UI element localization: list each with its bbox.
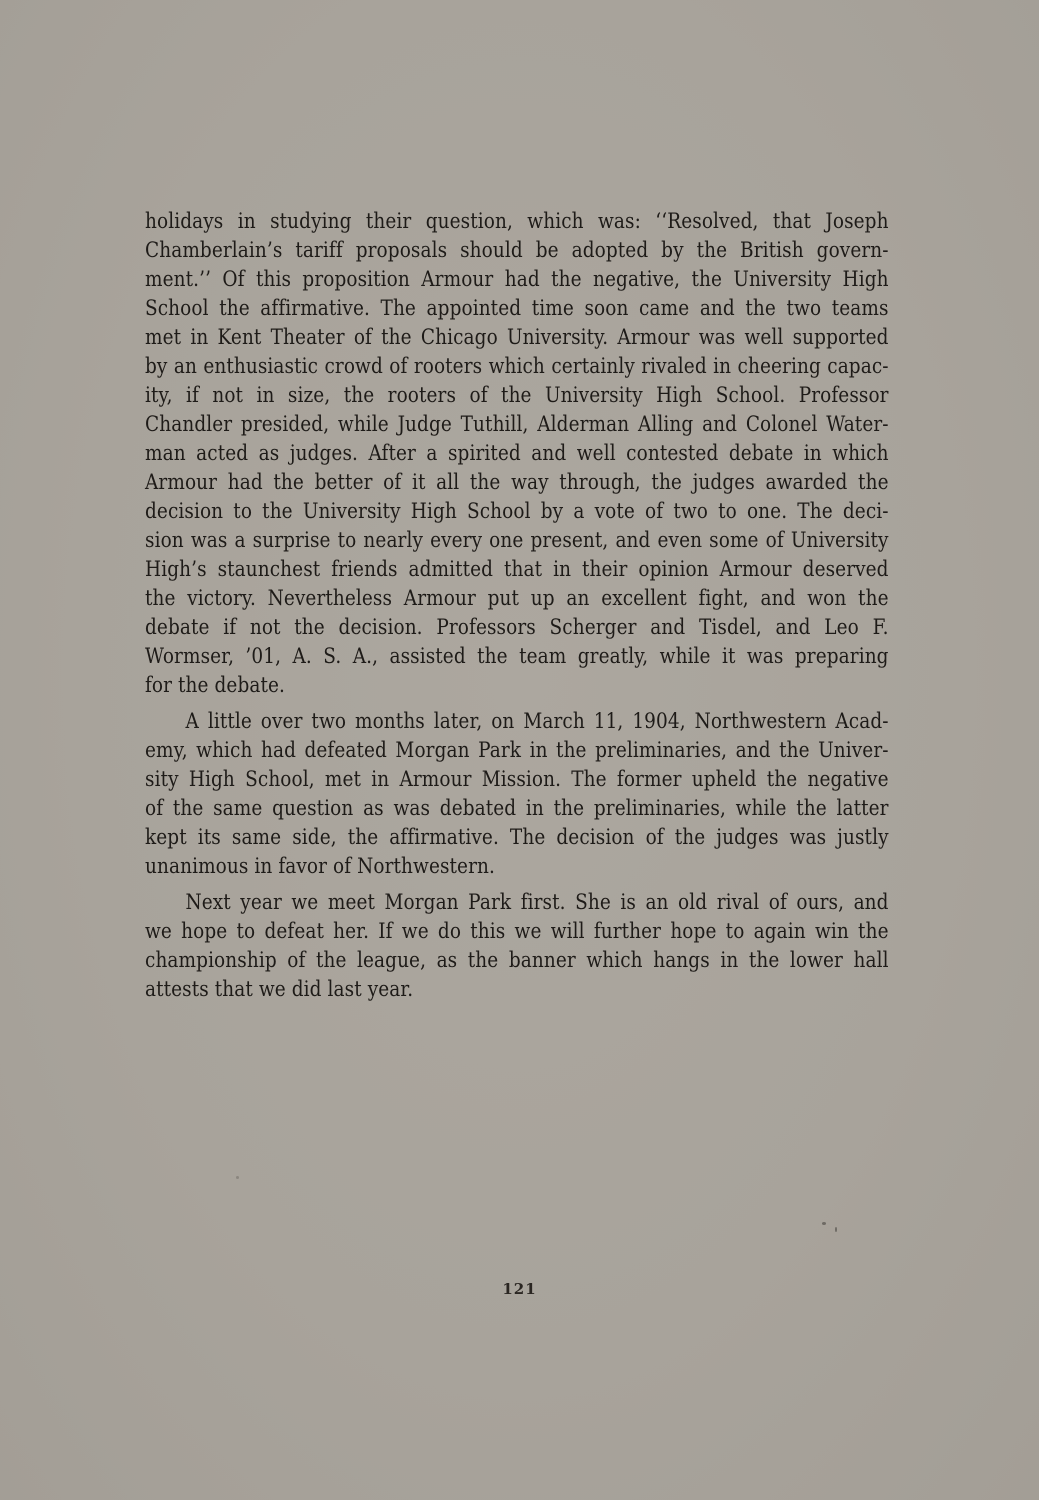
text-line: sity High School, met in Armour Mission.…	[145, 765, 889, 794]
text-line: emy, which had defeated Morgan Park in t…	[145, 736, 889, 765]
scanned-page: holidays in studying their question, whi…	[0, 0, 1039, 1500]
text-line: met in Kent Theater of the Chicago Unive…	[145, 323, 889, 352]
text-line: attests that we did last year.	[145, 975, 889, 1004]
page-number: 121	[0, 1280, 1039, 1298]
text-line: we hope to defeat her. If we do this we …	[145, 917, 889, 946]
scan-speck	[822, 1222, 826, 1225]
text-line: debate if not the decision. Professors S…	[145, 613, 889, 642]
text-line: for the debate.	[145, 671, 889, 700]
text-line: ment.’’ Of this proposition Armour had t…	[145, 265, 889, 294]
text-line: High’s staunchest friends admitted that …	[145, 555, 889, 584]
text-line: School the affirmative. The appointed ti…	[145, 294, 889, 323]
text-line: ity, if not in size, the rooters of the …	[145, 381, 889, 410]
paragraph-gap	[145, 881, 889, 888]
scan-speck	[835, 1227, 837, 1232]
paragraph-3: Next year we meet Morgan Park first. She…	[145, 888, 889, 1004]
text-line: unanimous in favor of Northwestern.	[145, 852, 889, 881]
paragraph-1: holidays in studying their question, whi…	[145, 207, 889, 700]
text-line: kept its same side, the affirmative. The…	[145, 823, 889, 852]
text-line: decision to the University High School b…	[145, 497, 889, 526]
text-line: championship of the league, as the banne…	[145, 946, 889, 975]
body-text: holidays in studying their question, whi…	[145, 207, 889, 1004]
text-line: the victory. Nevertheless Armour put up …	[145, 584, 889, 613]
text-line: Wormser, ’01, A. S. A., assisted the tea…	[145, 642, 889, 671]
text-line: man acted as judges. After a spirited an…	[145, 439, 889, 468]
text-line: Armour had the better of it all the way …	[145, 468, 889, 497]
text-line: Next year we meet Morgan Park first. She…	[145, 888, 889, 917]
text-line: of the same question as was debated in t…	[145, 794, 889, 823]
text-line: by an enthusiastic crowd of rooters whic…	[145, 352, 889, 381]
paragraph-gap	[145, 700, 889, 707]
paragraph-2: A little over two months later, on March…	[145, 707, 889, 881]
text-line: sion was a surprise to nearly every one …	[145, 526, 889, 555]
text-line: holidays in studying their question, whi…	[145, 207, 889, 236]
text-line: Chandler presided, while Judge Tuthill, …	[145, 410, 889, 439]
scan-speck	[236, 1176, 239, 1179]
text-line: A little over two months later, on March…	[145, 707, 889, 736]
text-line: Chamberlain’s tariff proposals should be…	[145, 236, 889, 265]
